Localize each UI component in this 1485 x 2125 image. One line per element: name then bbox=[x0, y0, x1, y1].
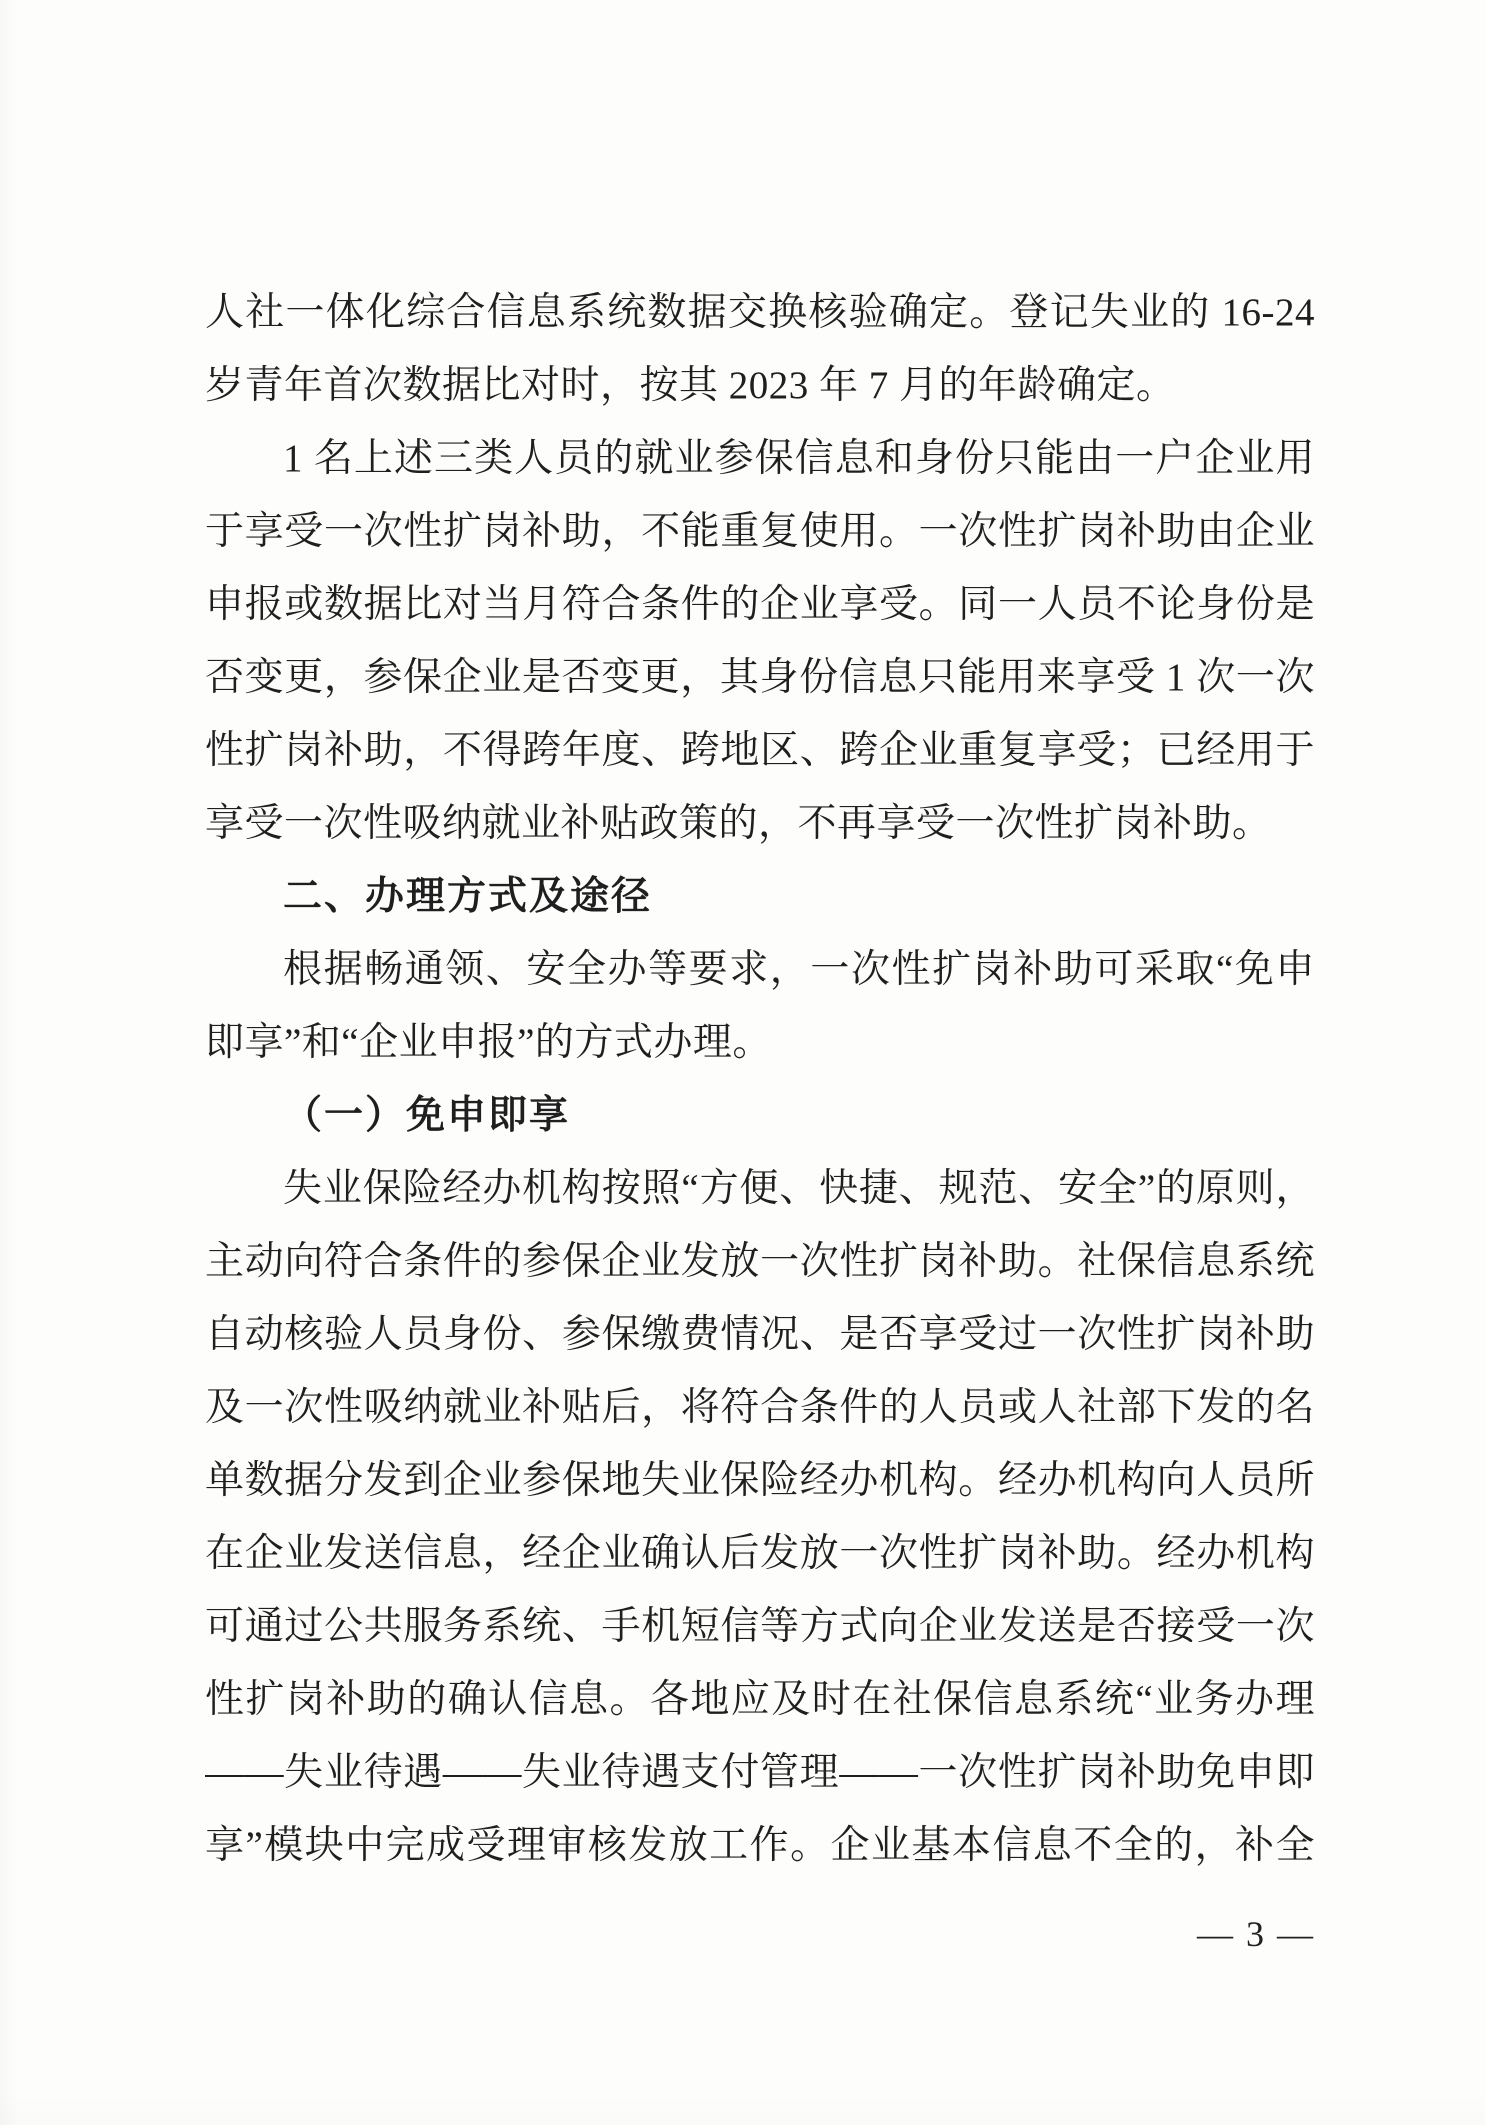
paragraph-line: 岁青年首次数据比对时，按其 2023 年 7 月的年龄确定。 bbox=[205, 349, 1315, 422]
paragraph-line: 在企业发送信息，经企业确认后发放一次性扩岗补助。经办机构 bbox=[205, 1517, 1315, 1590]
paragraph-line: 人社一体化综合信息系统数据交换核验确定。登记失业的 16-24 bbox=[205, 276, 1315, 349]
paragraph-line: ——失业待遇——失业待遇支付管理——一次性扩岗补助免申即 bbox=[205, 1736, 1315, 1809]
paragraph-line: 单数据分发到企业参保地失业保险经办机构。经办机构向人员所 bbox=[205, 1444, 1315, 1517]
paragraph-line: 享受一次性吸纳就业补贴政策的，不再享受一次性扩岗补助。 bbox=[205, 787, 1315, 860]
paragraph-line: 失业保险经办机构按照“方便、快捷、规范、安全”的原则， bbox=[205, 1152, 1315, 1225]
paragraph-line: 于享受一次性扩岗补助，不能重复使用。一次性扩岗补助由企业 bbox=[205, 495, 1315, 568]
paragraph-line: 自动核验人员身份、参保缴费情况、是否享受过一次性扩岗补助 bbox=[205, 1298, 1315, 1371]
paragraph-line: 申报或数据比对当月符合条件的企业享受。同一人员不论身份是 bbox=[205, 568, 1315, 641]
paragraph-line: 主动向符合条件的参保企业发放一次性扩岗补助。社保信息系统 bbox=[205, 1225, 1315, 1298]
paragraph-line: 可通过公共服务系统、手机短信等方式向企业发送是否接受一次 bbox=[205, 1590, 1315, 1663]
paragraph-line: 根据畅通领、安全办等要求，一次性扩岗补助可采取“免申 bbox=[205, 933, 1315, 1006]
paragraph-line: 1 名上述三类人员的就业参保信息和身份只能由一户企业用 bbox=[205, 422, 1315, 495]
paragraph-line: 即享”和“企业申报”的方式办理。 bbox=[205, 1006, 1315, 1079]
document-text-block: 人社一体化综合信息系统数据交换核验确定。登记失业的 16-24 岁青年首次数据比… bbox=[205, 276, 1315, 1882]
document-page: 人社一体化综合信息系统数据交换核验确定。登记失业的 16-24 岁青年首次数据比… bbox=[0, 0, 1485, 2125]
paragraph-line: 否变更，参保企业是否变更，其身份信息只能用来享受 1 次一次 bbox=[205, 641, 1315, 714]
paragraph-line: 性扩岗补助，不得跨年度、跨地区、跨企业重复享受；已经用于 bbox=[205, 714, 1315, 787]
page-number: — 3 — bbox=[1197, 1912, 1315, 1956]
section-heading: 二、办理方式及途径 bbox=[205, 860, 1315, 933]
paragraph-line: 性扩岗补助的确认信息。各地应及时在社保信息系统“业务办理 bbox=[205, 1663, 1315, 1736]
subsection-heading: （一）免申即享 bbox=[205, 1079, 1315, 1152]
paragraph-line: 享”模块中完成受理审核发放工作。企业基本信息不全的，补全 bbox=[205, 1809, 1315, 1882]
paragraph-line: 及一次性吸纳就业补贴后，将符合条件的人员或人社部下发的名 bbox=[205, 1371, 1315, 1444]
